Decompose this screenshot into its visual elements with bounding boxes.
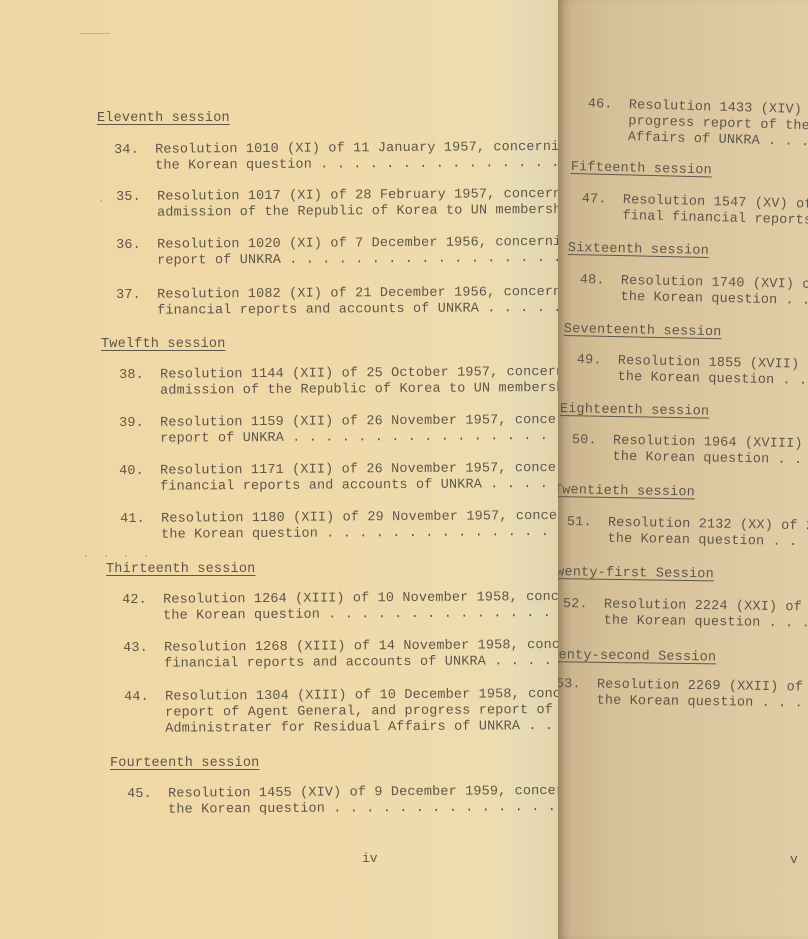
section-header-sixteenth: Sixteenth session — [568, 241, 709, 259]
right-page: 46. Resolution 1433 (XIV) ofprogress rep… — [558, 0, 808, 939]
entry-number: 35. — [116, 190, 141, 206]
paper-speck — [125, 555, 127, 557]
section-header-eleventh: Eleventh session — [97, 111, 230, 126]
section-header-fifteenth: Fifteenth session — [571, 160, 712, 178]
entry-number: 44. — [124, 690, 149, 706]
paper-crease — [80, 33, 110, 34]
entry-number: 45. — [127, 787, 152, 803]
section-header-eighteenth: Eighteenth session — [560, 402, 710, 420]
entry-number: 46. — [588, 97, 613, 114]
paper-speck — [100, 200, 102, 202]
section-header-twentieth: Twentieth session — [558, 483, 695, 500]
section-header-thirteenth: Thirteenth session — [106, 562, 255, 577]
entry-number: 39. — [119, 416, 144, 432]
page-number-left: iv — [362, 851, 378, 866]
paper-speck — [85, 555, 87, 557]
entry-number: 38. — [119, 368, 144, 384]
entry-number: 41. — [120, 512, 145, 528]
entry-number: 47. — [582, 192, 607, 209]
section-header-seventeenth: Seventeenth session — [564, 322, 722, 340]
entry-number: 52. — [563, 597, 588, 613]
entry-number: 34. — [114, 143, 139, 159]
entry-number: 49. — [577, 353, 602, 370]
section-header-twenty-second: Twenty-second Session — [558, 648, 716, 665]
left-page: Eleventh session 34. Resolution 1010 (XI… — [0, 0, 560, 939]
entry-number: 51. — [567, 515, 592, 531]
entry-number: 40. — [119, 464, 144, 480]
section-header-fourteenth: Fourteenth session — [110, 756, 259, 771]
paper-speck — [105, 555, 107, 557]
entry-number: 36. — [116, 238, 141, 254]
entry-number: 53. — [558, 677, 581, 693]
page-number-right: v — [790, 852, 798, 867]
entry-number: 48. — [580, 273, 605, 290]
entry-number: 43. — [123, 641, 148, 657]
entry-number: 50. — [572, 433, 597, 449]
section-header-twenty-first: Twenty-first Session — [558, 565, 714, 582]
entry-number: 42. — [122, 593, 147, 609]
entry-number: 37. — [116, 288, 141, 304]
paper-speck — [145, 555, 147, 557]
section-header-twelfth: Twelfth session — [101, 337, 226, 352]
